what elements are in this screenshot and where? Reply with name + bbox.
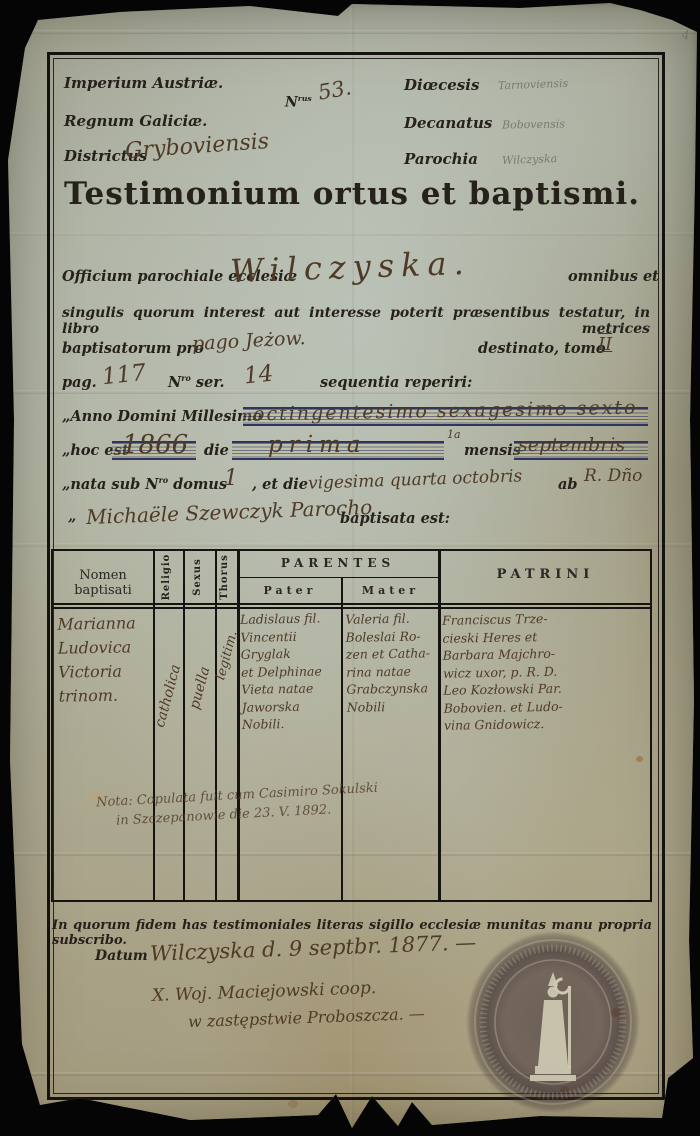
- testatur-line: singulis quorum interest aut interesse p…: [62, 305, 650, 337]
- cell-nomen: Marianna Ludovica Victoria trinom.: [57, 611, 137, 708]
- mensis-label: mensis: [464, 442, 521, 459]
- nrus-sup: rus: [298, 94, 312, 103]
- decanatus-label: Decanatus: [404, 114, 492, 132]
- pag-label: pag.: [62, 374, 97, 391]
- anno-domini-label: „Anno Domini Millesimo: [62, 408, 262, 425]
- month-field: septembris: [514, 441, 648, 460]
- page-entry: 117: [101, 360, 147, 390]
- dioecesis-entry: Tarnoviensis: [498, 77, 569, 92]
- day-entry: prima: [268, 432, 367, 458]
- month-entry: septembris: [518, 434, 625, 456]
- serial-entry: 14: [243, 361, 275, 390]
- imperium-line: Imperium Austriæ.: [64, 74, 223, 92]
- sequentia-label: sequentia reperiri:: [320, 374, 472, 391]
- ser-label: ser.: [196, 374, 225, 391]
- year-entry: 1866: [122, 430, 188, 460]
- quote-mark: „: [68, 508, 76, 525]
- n-base: N: [168, 374, 181, 391]
- col-rule-patrini: [438, 549, 441, 902]
- domus-label: domus: [173, 476, 227, 493]
- nrus-base: N: [285, 95, 298, 111]
- year-words-field: octingentesimo sexagesimo sexto: [243, 407, 648, 426]
- year-field: 1866: [112, 441, 196, 460]
- number-label: Nrus: [285, 94, 312, 111]
- day-field: prima: [232, 441, 444, 460]
- header-rule-1: [51, 603, 652, 605]
- parochia-entry: Wilczyska: [502, 152, 558, 167]
- table-top-rule: [51, 549, 652, 551]
- baptisata-est-label: baptisata est:: [340, 510, 450, 527]
- parentes-underline: [239, 577, 438, 578]
- scanned-baptism-certificate: Imperium Austriæ. Regnum Galiciæ. Distri…: [0, 0, 700, 1136]
- baptisatorum-pro: baptisatorum pro: [62, 340, 204, 357]
- page-title: Testimonium ortus et baptismi.: [52, 176, 652, 212]
- col-header-sexus: Sexus: [192, 547, 206, 607]
- col-header-mater: Mater: [343, 584, 438, 597]
- col-header-patrini: PATRINI: [441, 567, 650, 582]
- cell-patrini: Franciscus Trze- cieski Heres et Barbara…: [442, 608, 652, 734]
- regnum-line: Regnum Galiciæ.: [64, 112, 207, 130]
- nro-ser-label: Nro ser.: [168, 374, 225, 391]
- house-number-entry: 1: [224, 466, 238, 491]
- nro-sup: ro: [159, 476, 169, 485]
- col-header-thorus: Thorus: [219, 547, 233, 607]
- nata-sub-label: „nata sub Nro domus: [62, 476, 227, 493]
- col-rule-thorus: [215, 549, 217, 902]
- table-left-rule: [51, 549, 53, 902]
- decanatus-entry: Bobovensis: [502, 117, 565, 131]
- ab-label: ab: [558, 476, 578, 493]
- table-bottom-rule: [51, 900, 652, 902]
- destinato-tomo: destinato, tomo: [478, 340, 606, 357]
- col-header-nomen: Nomen baptisati: [54, 568, 152, 598]
- day-numeral-note: 1a: [447, 428, 461, 441]
- col-rule-mater: [341, 577, 343, 902]
- tomo-entry: II: [598, 334, 612, 355]
- stain: [288, 1100, 298, 1108]
- parochia-label: Parochia: [404, 150, 478, 168]
- nata-pre: „nata sub N: [62, 476, 159, 493]
- n-sup: ro: [181, 374, 191, 383]
- cell-mater: Valeria fil. Boleslai Ro- zen et Catha- …: [345, 609, 439, 716]
- header-rule-2: [51, 607, 652, 609]
- col-header-pater: Pater: [239, 584, 341, 597]
- col-header-parentes: PARENTES: [239, 556, 437, 570]
- cleric-title-entry: R. Dño: [584, 466, 642, 486]
- dioecesis-label: Diœcesis: [404, 76, 479, 94]
- omnibus-et: omnibus et: [568, 268, 659, 285]
- col-header-religio: Religio: [161, 547, 175, 607]
- col-rule-pater: [237, 549, 240, 902]
- parish-seal: [462, 928, 644, 1116]
- cell-pater: Ladislaus fil. Vincentii Gryglak et Delp…: [240, 609, 340, 733]
- datum-label: Datum: [95, 948, 148, 964]
- et-die-label: , et die: [252, 476, 308, 493]
- die-label: die: [204, 442, 229, 459]
- paper-sheet: Imperium Austriæ. Regnum Galiciæ. Distri…: [0, 0, 700, 1136]
- corner-mark: 4: [682, 28, 690, 42]
